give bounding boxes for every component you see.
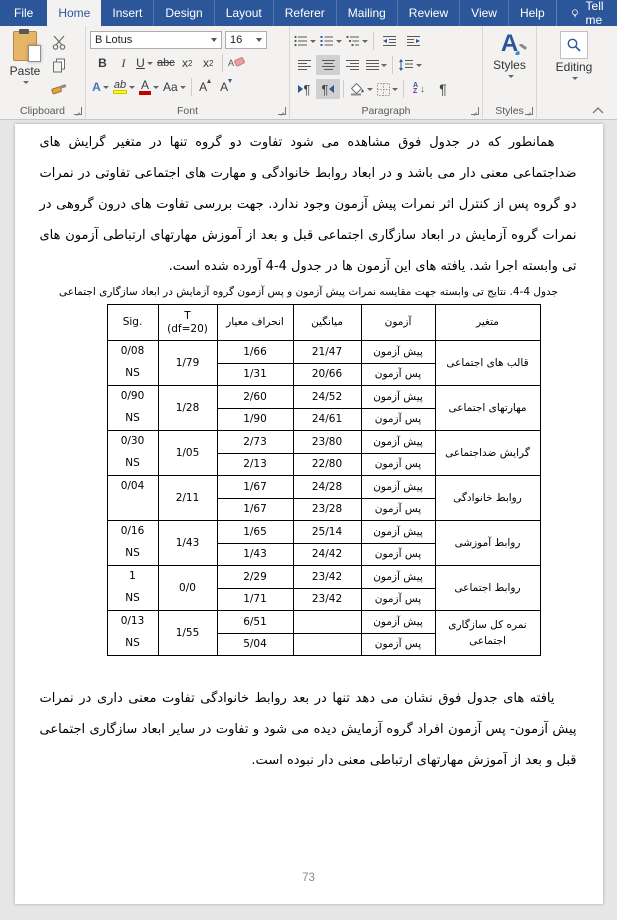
cell-variable: روابط آموزشی (435, 521, 540, 566)
sig-value: 1 (110, 566, 156, 588)
sort-button[interactable]: AZ ↓ (407, 79, 431, 99)
editing-button-label: Editing (556, 60, 593, 74)
cell-pretest-label: پیش آزمون (361, 386, 435, 409)
magnifier-icon (566, 37, 582, 53)
svg-text:A: A (228, 58, 234, 68)
bullets-chevron (310, 40, 316, 43)
cell-post-sd: 1/67 (217, 498, 293, 521)
cell-pre-mean: 24/28 (293, 476, 361, 499)
text-effects-button[interactable]: A (90, 77, 111, 97)
table-row-pre: قالب های اجتماعیپیش آزمون21/471/661/790/… (107, 341, 540, 364)
tab-design[interactable]: Design (153, 0, 213, 26)
sig-value: 0/90 (110, 386, 156, 408)
cell-post-mean: 20/66 (293, 363, 361, 386)
tab-mailing[interactable]: Mailing (336, 0, 397, 26)
cell-post-sd: 1/43 (217, 543, 293, 566)
highlight-color-button[interactable]: ab (111, 77, 137, 97)
font-name-value: B Lotus (95, 34, 211, 46)
paste-button[interactable]: Paste (2, 29, 48, 102)
sig-value: 0/08 (110, 341, 156, 363)
styles-chevron (508, 75, 514, 78)
styles-button-label: Styles (493, 58, 526, 72)
font-name-combo[interactable]: B Lotus (90, 31, 222, 49)
paragraph-2: یافته های جدول فوق نشان می دهد تنها در ب… (40, 680, 577, 776)
numbering-icon (320, 35, 334, 47)
cell-posttest-label: پس آزمون (361, 633, 435, 656)
editing-group: Editing (537, 26, 611, 118)
cell-sig: 0/08NS (107, 341, 158, 386)
font-color-icon: A (139, 80, 151, 95)
results-table: متغیر آزمون میانگین انحراف معیار T (df=2… (107, 304, 541, 656)
format-painter-brush-icon (51, 81, 67, 95)
cell-pre-mean: 25/14 (293, 521, 361, 544)
cell-pre-sd: 2/60 (217, 386, 293, 409)
editing-button[interactable]: Editing (539, 29, 609, 104)
sig-ns-flag (110, 498, 156, 520)
cell-post-mean: 23/28 (293, 498, 361, 521)
subscript-button[interactable]: x2 (177, 53, 198, 73)
cell-post-sd: 2/13 (217, 453, 293, 476)
sig-value: 0/13 (110, 611, 156, 633)
clipboard-group: Paste Clipboard (0, 26, 86, 118)
ltr-pilcrow: ¶ (304, 82, 311, 97)
collapse-ribbon-button[interactable] (592, 107, 604, 114)
tab-file[interactable]: File (0, 0, 47, 26)
tab-insert[interactable]: Insert (101, 0, 153, 26)
shrink-font-label: A (220, 80, 228, 94)
cell-posttest-label: پس آزمون (361, 498, 435, 521)
copy-button[interactable] (48, 55, 70, 75)
cell-posttest-label: پس آزمون (361, 588, 435, 611)
styles-icon: A (501, 31, 518, 57)
line-spacing-button[interactable] (396, 55, 424, 75)
cell-pre-mean: 21/47 (293, 341, 361, 364)
align-left-icon (298, 59, 311, 71)
cell-pre-sd: 6/51 (217, 611, 293, 634)
sig-value: 0/04 (110, 476, 156, 498)
align-center-icon (322, 59, 335, 71)
grow-font-label: A (199, 80, 207, 94)
multilevel-list-icon (346, 35, 360, 47)
table-row-pre: نمره کل سازگاری اجتماعیپیش آزمون6/511/55… (107, 611, 540, 634)
font-group-label: Font (86, 105, 289, 117)
font-group: B Lotus 16 B I U abc x2 x2 A A ab A Aa (86, 26, 290, 118)
table-row-pre: روابط خانوادگیپیش آزمون24/281/672/110/04 (107, 476, 540, 499)
styles-brush-icon (514, 44, 528, 56)
cell-variable: نمره کل سازگاری اجتماعی (435, 611, 540, 656)
shading-bucket-icon (349, 83, 365, 96)
tab-help[interactable]: Help (508, 0, 556, 26)
borders-chevron (392, 88, 398, 91)
cell-posttest-label: پس آزمون (361, 453, 435, 476)
font-color-button[interactable]: A (137, 77, 161, 97)
cell-posttest-label: پس آزمون (361, 408, 435, 431)
cell-pre-mean: 23/42 (293, 566, 361, 589)
cell-pre-sd: 1/66 (217, 341, 293, 364)
header-t-line1: T (161, 310, 215, 323)
cell-variable: روابط اجتماعی (435, 566, 540, 611)
sig-value: 0/16 (110, 521, 156, 543)
font-size-value: 16 (230, 34, 256, 46)
table-header-row: متغیر آزمون میانگین انحراف معیار T (df=2… (107, 305, 540, 341)
paste-label: Paste (10, 64, 41, 78)
multilevel-list-button[interactable] (344, 31, 370, 51)
paragraph-dialog-launcher[interactable] (471, 107, 479, 115)
cell-sig: 0/13NS (107, 611, 158, 656)
show-paragraph-marks-button[interactable]: ¶ (431, 79, 455, 99)
eraser-icon: A (228, 56, 246, 70)
header-sig: Sig. (107, 305, 158, 341)
cell-post-mean (293, 633, 361, 656)
cell-sig: 1NS (107, 566, 158, 611)
cell-sig: 0/30NS (107, 431, 158, 476)
cell-t-value: 1/43 (158, 521, 217, 566)
format-painter-button[interactable] (48, 78, 70, 98)
justify-icon (366, 59, 379, 71)
grow-font-button[interactable]: A (195, 77, 216, 97)
change-case-label: Aa (163, 80, 178, 94)
rtl-arrow-icon (329, 85, 334, 93)
tab-home[interactable]: Home (47, 0, 101, 26)
cell-t-value: 2/11 (158, 476, 217, 521)
highlight-chevron (129, 86, 135, 89)
grow-font-arrow-icon (207, 79, 211, 83)
font-color-chevron (153, 86, 159, 89)
sig-ns-flag: NS (110, 408, 156, 430)
paste-clipboard-icon (13, 31, 37, 61)
lightbulb-icon (571, 6, 579, 21)
clipboard-group-label: Clipboard (0, 105, 85, 117)
table-caption: جدول 4-4. نتایج تی وابسته جهت مقایسه نمر… (15, 285, 603, 299)
cell-post-sd: 1/71 (217, 588, 293, 611)
tell-me-label: Tell me (586, 0, 609, 27)
cell-pre-sd: 1/67 (217, 476, 293, 499)
sig-value: 0/30 (110, 431, 156, 453)
cell-pretest-label: پیش آزمون (361, 566, 435, 589)
cell-sig: 0/04 (107, 476, 158, 521)
increase-indent-icon (406, 35, 421, 47)
table-row-pre: گرایش ضداجتماعیپیش آزمون23/802/731/050/3… (107, 431, 540, 454)
header-sd: انحراف معیار (217, 305, 293, 341)
cell-pretest-label: پیش آزمون (361, 431, 435, 454)
clipboard-dialog-launcher[interactable] (74, 107, 82, 115)
sig-ns-flag: NS (110, 633, 156, 655)
borders-grid-icon (377, 83, 390, 96)
justify-chevron (381, 64, 387, 67)
underline-button[interactable]: U (134, 53, 155, 73)
cell-post-mean: 22/80 (293, 453, 361, 476)
cell-pre-mean (293, 611, 361, 634)
tell-me-button[interactable]: Tell me (556, 0, 617, 26)
bullets-icon (294, 35, 308, 47)
change-case-chevron (180, 86, 186, 89)
table-row-pre: مهارتهای اجتماعیپیش آزمون24/522/601/280/… (107, 386, 540, 409)
header-test: آزمون (361, 305, 435, 341)
paragraph-group: ¶ ¶ AZ ↓ ¶ Paragraph (290, 26, 483, 118)
cell-post-sd: 1/90 (217, 408, 293, 431)
cell-t-value: 1/05 (158, 431, 217, 476)
cell-pretest-label: پیش آزمون (361, 341, 435, 364)
multilevel-list-chevron (362, 40, 368, 43)
strikethrough-button[interactable]: abc (155, 53, 177, 73)
cell-t-value: 1/55 (158, 611, 217, 656)
line-spacing-icon (398, 59, 414, 71)
increase-indent-button[interactable] (401, 31, 425, 51)
cell-pretest-label: پیش آزمون (361, 476, 435, 499)
line-spacing-chevron (416, 64, 422, 67)
styles-group: A Styles Styles (483, 26, 537, 118)
cell-pretest-label: پیش آزمون (361, 611, 435, 634)
font-size-chevron (256, 38, 262, 42)
styles-button[interactable]: A Styles (485, 29, 534, 104)
cell-pre-sd: 2/73 (217, 431, 293, 454)
numbering-chevron (336, 40, 342, 43)
editing-icon-box (560, 31, 588, 59)
borders-button[interactable] (375, 79, 400, 99)
shading-chevron (367, 88, 373, 91)
justify-button[interactable] (364, 55, 389, 75)
font-name-chevron (211, 38, 217, 42)
cell-variable: قالب های اجتماعی (435, 341, 540, 386)
rtl-direction-button[interactable]: ¶ (316, 79, 340, 99)
paste-dropdown-chevron (23, 81, 29, 84)
underline-chevron (147, 62, 153, 65)
sort-arrow-icon: ↓ (420, 84, 425, 95)
numbering-button[interactable] (318, 31, 344, 51)
tab-layout[interactable]: Layout (214, 0, 273, 26)
paragraph-group-label: Paragraph (290, 105, 482, 117)
decrease-indent-icon (382, 35, 397, 47)
superscript-button[interactable]: x2 (198, 53, 219, 73)
tab-review[interactable]: Review (397, 0, 459, 26)
document-page[interactable]: همانطور که در جدول فوق مشاهده می شود تفا… (15, 124, 603, 904)
cut-button[interactable] (48, 32, 70, 52)
bold-button[interactable]: B (92, 53, 113, 73)
cell-post-sd: 5/04 (217, 633, 293, 656)
decrease-indent-button[interactable] (377, 31, 401, 51)
sig-ns-flag: NS (110, 588, 156, 610)
font-dialog-launcher[interactable] (278, 107, 286, 115)
cell-sig: 0/90NS (107, 386, 158, 431)
cell-variable: مهارتهای اجتماعی (435, 386, 540, 431)
table-row-pre: روابط اجتماعیپیش آزمون23/422/290/01NS (107, 566, 540, 589)
cell-pre-sd: 1/65 (217, 521, 293, 544)
shrink-font-button[interactable]: A (216, 77, 237, 97)
sort-az-icon: AZ (413, 83, 418, 95)
superscript-digit: 2 (209, 59, 213, 68)
cell-pre-sd: 2/29 (217, 566, 293, 589)
sig-ns-flag: NS (110, 453, 156, 475)
ribbon-tab-bar: FileHomeInsertDesignLayoutRefererMailing… (0, 0, 617, 26)
cell-post-mean: 24/61 (293, 408, 361, 431)
align-center-button[interactable] (316, 55, 340, 75)
cell-post-mean: 23/42 (293, 588, 361, 611)
cell-variable: گرایش ضداجتماعی (435, 431, 540, 476)
bullets-button[interactable] (292, 31, 318, 51)
copy-icon (52, 58, 67, 73)
rtl-pilcrow: ¶ (322, 82, 329, 97)
document-area: همانطور که در جدول فوق مشاهده می شود تفا… (0, 120, 617, 920)
paragraph-1: همانطور که در جدول فوق مشاهده می شود تفا… (40, 124, 577, 282)
cell-post-mean: 24/42 (293, 543, 361, 566)
text-effects-label: A (92, 80, 101, 94)
ltr-arrow-icon (298, 85, 303, 93)
cell-t-value: 0/0 (158, 566, 217, 611)
sig-ns-flag: NS (110, 543, 156, 565)
change-case-button[interactable]: Aa (161, 77, 188, 97)
header-mean: میانگین (293, 305, 361, 341)
tab-view[interactable]: View (459, 0, 508, 26)
text-effects-chevron (103, 86, 109, 89)
page-number: 73 (15, 872, 603, 884)
font-size-combo[interactable]: 16 (225, 31, 267, 49)
italic-button[interactable]: I (113, 53, 134, 73)
shading-button[interactable] (347, 79, 375, 99)
align-right-icon (346, 59, 359, 71)
subscript-digit: 2 (188, 59, 192, 68)
ribbon: Paste Clipboard B Lotus 16 (0, 26, 617, 120)
scissors-icon (51, 35, 67, 50)
cell-variable: روابط خانوادگی (435, 476, 540, 521)
editing-chevron (572, 77, 578, 80)
ltr-direction-button[interactable]: ¶ (292, 79, 316, 99)
cell-sig: 0/16NS (107, 521, 158, 566)
cell-t-value: 1/79 (158, 341, 217, 386)
cell-pre-mean: 24/52 (293, 386, 361, 409)
styles-dialog-launcher[interactable] (525, 107, 533, 115)
cell-t-value: 1/28 (158, 386, 217, 431)
cell-posttest-label: پس آزمون (361, 363, 435, 386)
tab-referer[interactable]: Referer (273, 0, 336, 26)
underline-label: U (136, 56, 145, 70)
sig-ns-flag: NS (110, 363, 156, 385)
shrink-font-arrow-icon (228, 79, 232, 83)
align-left-button[interactable] (292, 55, 316, 75)
cell-pre-mean: 23/80 (293, 431, 361, 454)
highlight-icon: ab (113, 81, 127, 94)
cell-post-sd: 1/31 (217, 363, 293, 386)
clear-formatting-button[interactable]: A (226, 53, 248, 73)
cell-posttest-label: پس آزمون (361, 543, 435, 566)
pilcrow-icon: ¶ (439, 81, 447, 97)
header-variable: متغیر (435, 305, 540, 341)
header-t-line2: (df=20) (161, 323, 215, 336)
align-right-button[interactable] (340, 55, 364, 75)
cell-pretest-label: پیش آزمون (361, 521, 435, 544)
table-row-pre: روابط آموزشیپیش آزمون25/141/651/430/16NS (107, 521, 540, 544)
header-t: T (df=20) (158, 305, 217, 341)
